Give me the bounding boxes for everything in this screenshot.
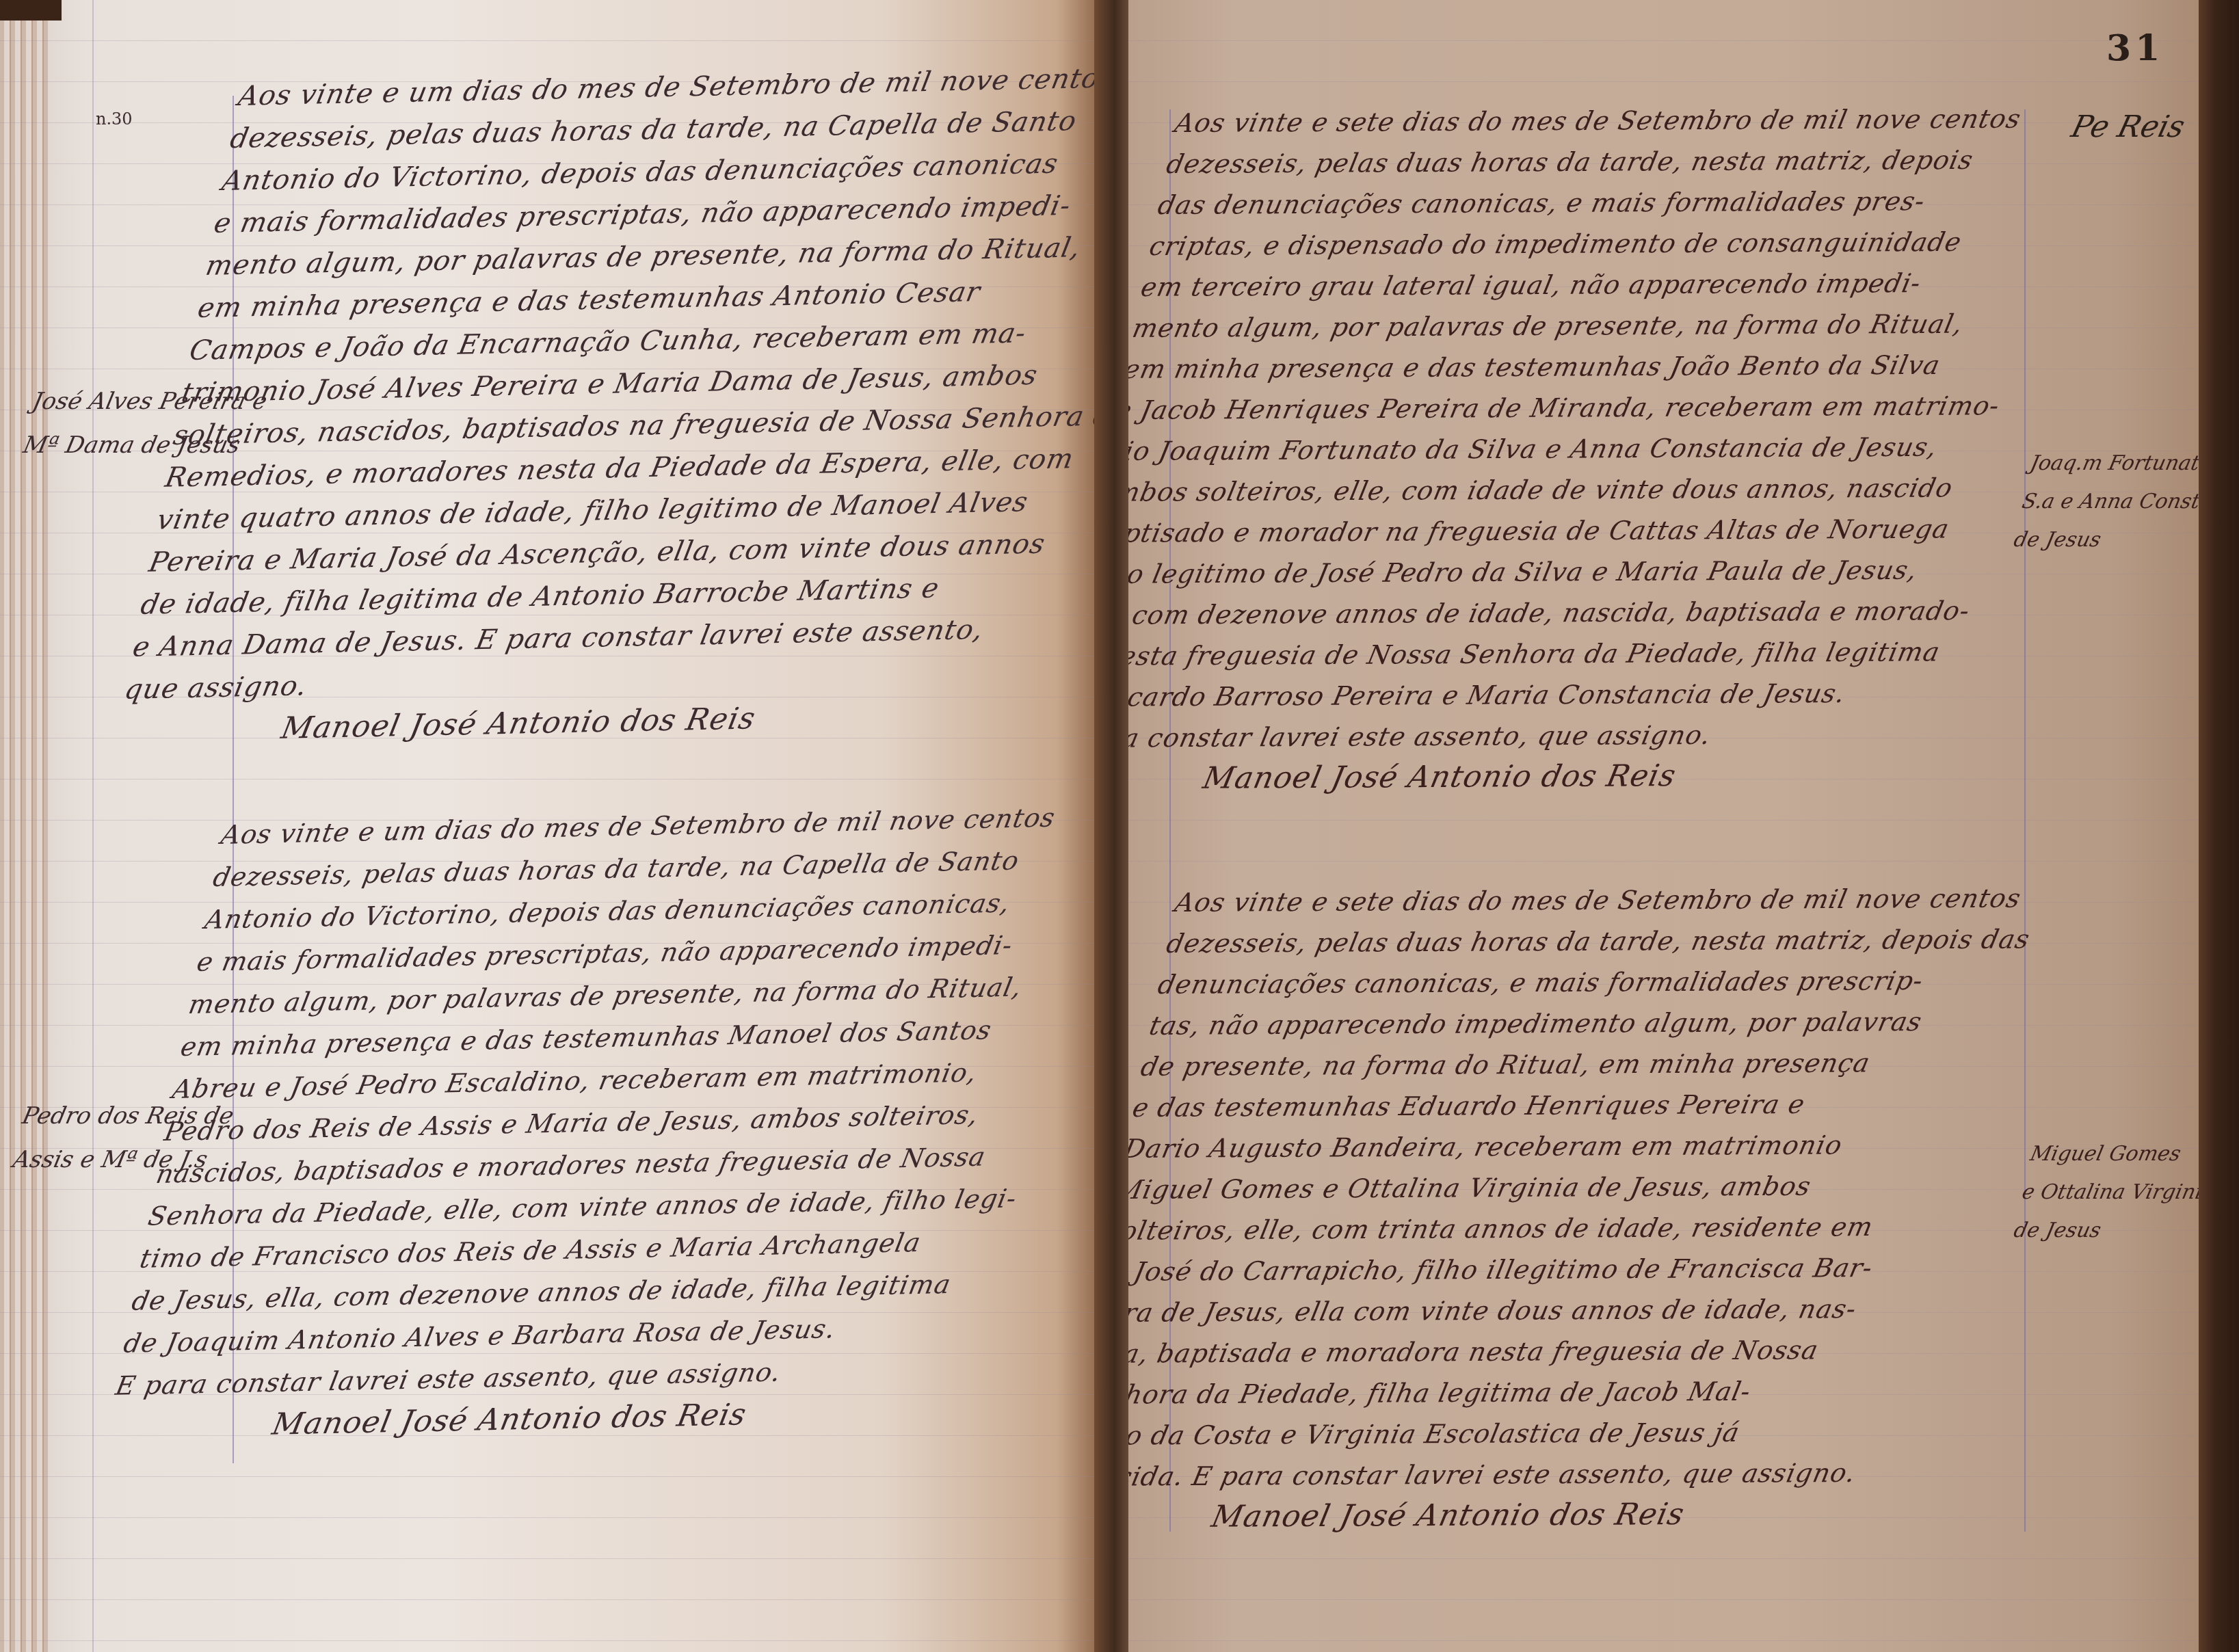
entry-line: denunciações canonicas, e mais formalida… [1154, 959, 2026, 1005]
marriage-entry-3: Aos vinte e sete dias do mes de Setembro… [1128, 98, 2076, 800]
entry-line: tas, não apparecendo impedimento algum, … [1145, 1000, 2017, 1046]
entry-line: Miguel Gomes e Ottalina Virginia de Jesu… [1128, 1164, 1983, 1210]
margin-note-entry-4: Miguel Gomes e Ottalina Virginia de Jesu… [2010, 1135, 2202, 1250]
entry-line: criptas, e dispensado do impedimento de … [1145, 221, 2050, 267]
entry-line: de presente, na forma do Ritual, em minh… [1137, 1041, 2009, 1087]
entry-line: Aos vinte e sete dias do mes de Setembro… [1171, 98, 2076, 144]
margin-note-line: S.a e Anna Constancia [2018, 483, 2202, 521]
entry-line: ra nesta freguesia de Nossa Senhora da P… [1128, 631, 1965, 677]
entry-line: dezesseis, pelas duas horas da tarde, ne… [1163, 918, 2034, 964]
entry-line: e das testemunhas Eduardo Henriques Pere… [1128, 1082, 2000, 1128]
margin-note-entry-3: Joaq.m Fortunato da S.a e Anna Constanci… [2010, 444, 2202, 559]
outer-margin-rule [92, 0, 94, 1652]
entry-line: quino da Costa e Virginia Escolastica de… [1128, 1411, 1932, 1456]
priest-signature: Manoel José Antonio dos Reis [1128, 754, 1939, 800]
entry-line: e Jacob Henriques Pereira de Miranda, re… [1128, 385, 2016, 431]
marriage-entry-1: Aos vinte e um dias do mes de Setembro d… [113, 55, 1101, 753]
entry-line: ella com dezenove annos de idade, nascid… [1128, 590, 1974, 636]
right-page: Aos vinte e sete dias do mes de Setembro… [1128, 0, 2202, 1652]
ink-mark: n.30 [96, 109, 133, 129]
entry-line: S. José do Carrapicho, filho illegitimo … [1128, 1247, 1965, 1292]
marriage-entry-2: Aos vinte e um dias do mes de Setembro d… [104, 796, 1094, 1450]
priest-signature: Manoel José Antonio dos Reis [1128, 1493, 1915, 1538]
entry-line: de Ricardo Barroso Pereira e Maria Const… [1128, 672, 1957, 718]
entry-line: em minha presença e das testemunhas João… [1128, 344, 2025, 390]
entry-line: bara de Jesus, ella com vinte dous annos… [1128, 1288, 1957, 1333]
entry-line: ambos solteiros, elle, com idade de vint… [1128, 467, 2000, 513]
entry-line: cida, baptisada e moradora nesta fregues… [1128, 1329, 1948, 1374]
entry-line: das denunciações canonicas, e mais forma… [1154, 180, 2059, 226]
entry-line: Senhora da Piedade, filha legitima de Ja… [1128, 1370, 1940, 1415]
margin-note-line: de Jesus [2010, 521, 2202, 559]
entry-line: Dario Augusto Bandeira, receberam em mat… [1128, 1123, 1991, 1169]
entry-line: filho legitimo de José Pedro da Silva e … [1128, 549, 1983, 595]
corner-note: Pe Reis [2068, 109, 2188, 144]
page-number: 31 [2106, 27, 2164, 69]
open-register-book: n.30 José Alves Pereira e Mª Dama de Jes… [0, 0, 2239, 1652]
entry-line: Aos vinte e sete dias do mes de Setembro… [1171, 877, 2043, 923]
entry-line: mento algum, por palavras de presente, n… [1128, 303, 2033, 349]
entry-line: em terceiro grau lateral igual, não appa… [1137, 262, 2042, 308]
marriage-entry-4: Aos vinte e sete dias do mes de Setembro… [1128, 877, 2042, 1538]
margin-note-line: Miguel Gomes [2026, 1135, 2202, 1173]
book-binding-edge [2199, 0, 2239, 1652]
margin-note-line: de Jesus [2010, 1212, 2202, 1250]
entry-line: E para constar lavrei este assento, que … [1128, 713, 1948, 759]
entry-line: dezesseis, pelas duas horas da tarde, ne… [1163, 139, 2067, 185]
margin-note-line: e Ottalina Virginia [2018, 1173, 2202, 1212]
entry-line: nio Joaquim Fortunato da Silva e Anna Co… [1128, 426, 2008, 472]
margin-note-line: Joaq.m Fortunato da [2026, 444, 2202, 483]
entry-line: baptisado e morador na freguesia de Catt… [1128, 508, 1991, 554]
entry-line: solteiros, elle, com trinta annos de ida… [1128, 1205, 1974, 1251]
entry-line: fallecida. E para constar lavrei este as… [1128, 1452, 1923, 1497]
left-page: n.30 José Alves Pereira e Mª Dama de Jes… [0, 0, 1101, 1652]
